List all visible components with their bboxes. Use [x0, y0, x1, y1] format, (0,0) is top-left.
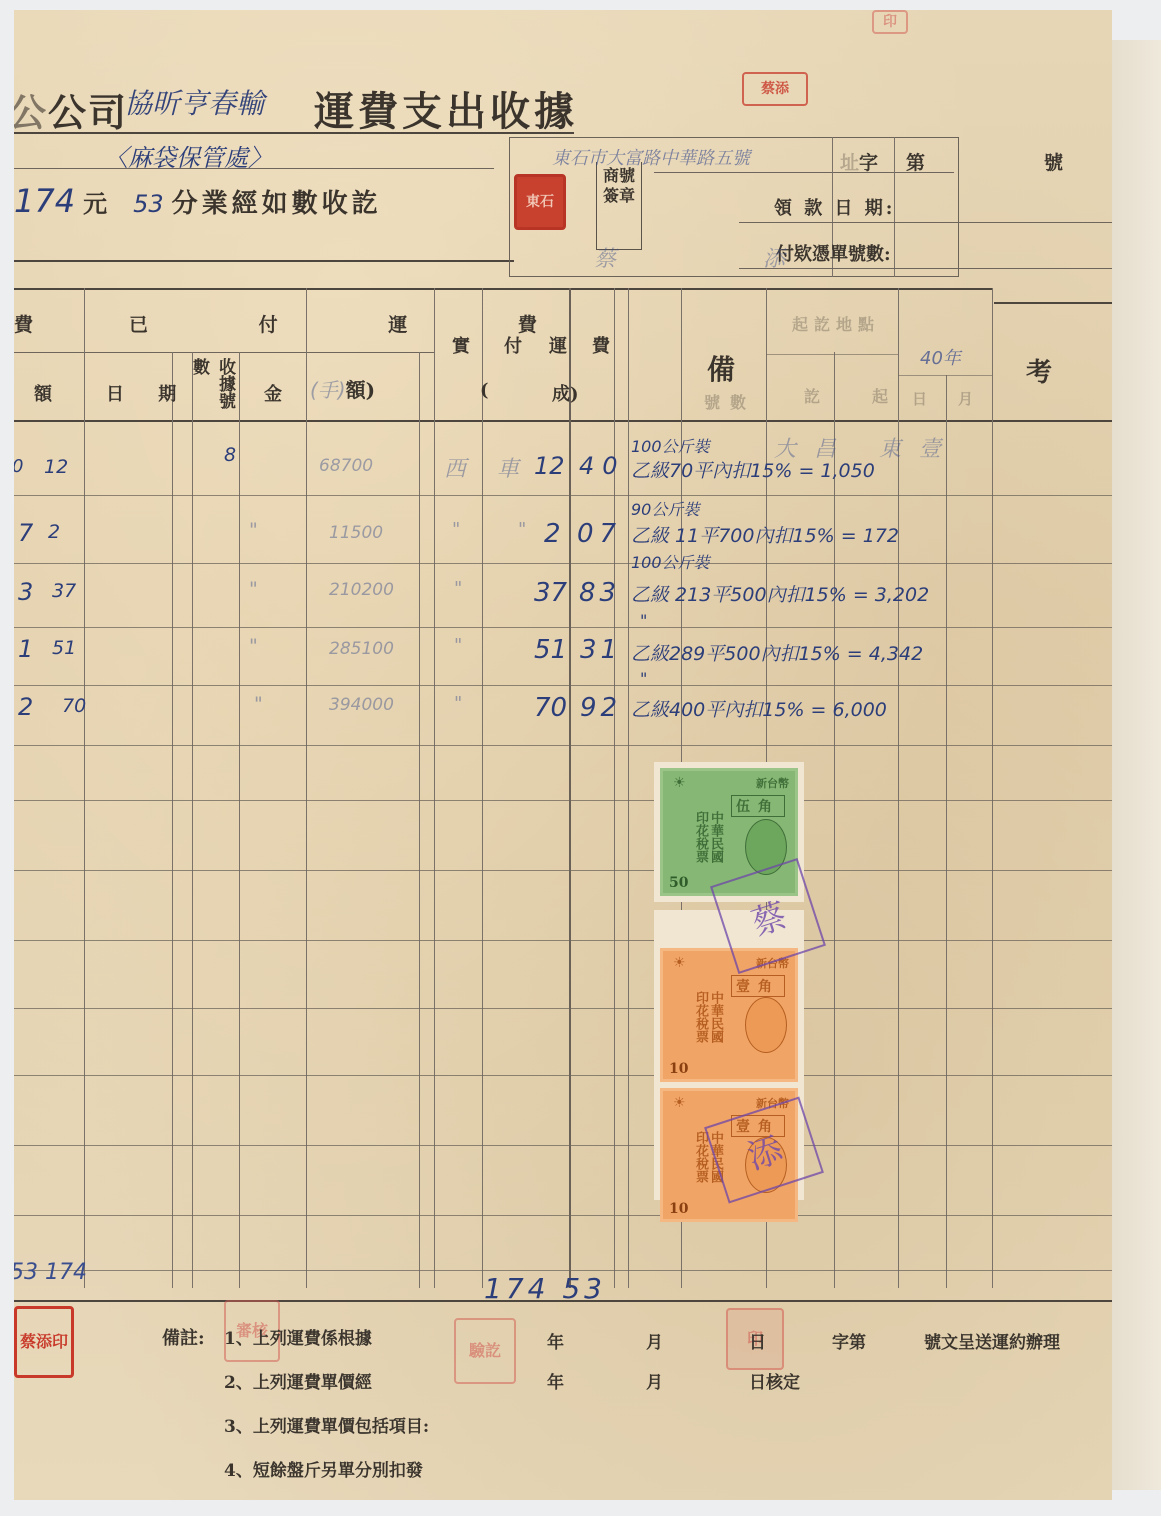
col-line — [434, 288, 435, 1288]
col-line — [482, 288, 483, 1288]
amount-received-line: 174 元 53 分業經如數收訖 — [14, 182, 382, 220]
header-day: 日 — [912, 388, 927, 409]
header-remarks: 備 — [707, 348, 735, 388]
rule — [739, 222, 1112, 223]
header-cheng: 成) — [552, 380, 579, 406]
header-year-handwritten: 40年 — [920, 344, 961, 370]
title-handwritten-company: 協昕亨春輸 — [124, 82, 264, 122]
header-remarks-sub: 號數 — [704, 390, 756, 413]
footer-year-2: 年 — [547, 1368, 564, 1393]
title-right-printed: 運費支出收據 — [314, 80, 578, 137]
footer-day-1: 日 — [749, 1328, 766, 1353]
title-underline — [14, 132, 574, 134]
stamp-value-number: 10 — [669, 1201, 688, 1217]
row-rule — [14, 1075, 1112, 1076]
table-row: 0 12 8 68700 西 車 12 40 100公斤裝 乙級70平內扣15%… — [14, 448, 1014, 508]
footer-month-2: 月 — [646, 1368, 663, 1393]
amount-yuan: 174 — [14, 182, 75, 220]
table-row: 7 2 " 11500 " " 2 07 90公斤裝 乙級 11平700內扣15… — [14, 515, 1014, 575]
header-amount-partial: 額 — [34, 380, 52, 406]
col-line — [628, 288, 629, 1288]
col-line — [946, 375, 947, 1288]
stamp-issuer: 中華民國印花稅票 — [691, 811, 723, 871]
remark-note-4: 4、短餘盤斤另單分別扣發 — [224, 1456, 423, 1481]
table-top-border-right — [994, 302, 1112, 304]
seal-top-center: 蔡添 — [742, 72, 808, 106]
sun-emblem-icon: ☀ — [673, 1095, 686, 1111]
header-amount: 金 — [264, 380, 282, 406]
footer-approval: 號文呈送運約辦理 — [924, 1328, 1060, 1353]
rule — [898, 375, 992, 376]
seal-top-right: 印 — [872, 10, 908, 34]
footer-verified: 日核定 — [749, 1368, 800, 1393]
number-prefix: 第 — [906, 148, 925, 175]
sun-emblem-icon: ☀ — [673, 775, 686, 791]
yuan-label: 元 — [83, 184, 107, 219]
header-receipt-number: 收據號數 — [176, 358, 238, 418]
remarks-label: 備註: — [162, 1324, 205, 1350]
handwritten-signature: 蔡 添 — [594, 242, 855, 273]
table-row: 3 37 " 210200 " 37 83 100公斤裝 乙級 213平500內… — [14, 578, 1014, 638]
stamp-value-number: 50 — [669, 875, 688, 891]
mounting-board — [1105, 40, 1161, 1490]
sun-emblem-icon: ☀ — [673, 955, 686, 971]
header-route-to: 訖 — [804, 384, 820, 407]
header-route: 起訖地點 — [792, 312, 880, 335]
header-bottom-rule — [14, 420, 1112, 422]
header-route-from: 起 — [872, 384, 888, 407]
seal-footer-left: 蔡添印 — [14, 1306, 74, 1378]
row-rule — [14, 1270, 1112, 1271]
title-left-printed: 公公司 — [14, 82, 128, 137]
stamp-value-number: 10 — [669, 1061, 688, 1077]
header-notes: 考 — [1026, 352, 1052, 389]
receipt-document: 印 蔡添 公公司 協昕亨春輸 運費支出收據 〈麻袋保管處〉 174 元 53 分… — [14, 10, 1112, 1500]
rule — [14, 260, 514, 262]
remark-note-1: 1、上列運費係根據 — [224, 1324, 372, 1349]
address-handwritten: 東石巿大富路中華路五號 — [552, 144, 750, 170]
stamp-country: 新台幣 — [756, 775, 789, 791]
revenue-stamp-10: 新台幣 ☀ 壹角 中華民國印花稅票 10 — [660, 948, 798, 1082]
footer-year-1: 年 — [547, 1328, 564, 1353]
col-line — [992, 288, 993, 1288]
address-label: 址字 — [840, 148, 878, 175]
header-mid-rule — [14, 352, 434, 353]
remark-note-2: 2、上列運費單價經 — [224, 1368, 372, 1393]
footer-word-number: 字第 — [832, 1328, 866, 1353]
header-actual: 實 — [452, 332, 470, 358]
col-line — [569, 288, 571, 1288]
header-paren-open: ( — [480, 380, 489, 401]
seal-footer-mid2: 驗訖 — [454, 1318, 516, 1384]
header-freight: 運 — [549, 332, 567, 358]
header-fee: 費 — [592, 332, 610, 358]
table-row: 2 70 " 394000 " 70 92 " 乙級400平內扣15% = 6,… — [14, 693, 1014, 753]
header-paid: 付 — [504, 332, 522, 358]
stamp-value-text: 壹角 — [731, 975, 785, 997]
received-label: 分業經如數收訖 — [172, 183, 382, 220]
header-fee-partial: 費 — [14, 310, 33, 337]
portrait-icon — [745, 997, 787, 1053]
header-month: 月 — [958, 388, 973, 409]
table-bottom-border — [14, 1300, 1112, 1302]
table-top-border — [14, 288, 992, 290]
row-rule — [14, 1008, 1112, 1009]
merchant-seal-label: 商號簽章 — [602, 166, 636, 206]
row-rule — [14, 870, 1112, 871]
rule — [14, 168, 494, 169]
total-left-handwritten: 53 174 — [14, 1260, 87, 1285]
row-rule — [14, 800, 1112, 801]
col-line — [84, 288, 85, 1288]
row-rule — [14, 940, 1112, 941]
col-line — [614, 288, 615, 1288]
footer-month-1: 月 — [646, 1328, 663, 1353]
rule — [766, 354, 898, 355]
remark-note-3: 3、上列運費單價包括項目: — [224, 1412, 429, 1437]
col-line — [306, 288, 307, 1288]
header-amount-unit: (手)額) — [310, 374, 375, 403]
number-suffix: 號 — [1044, 148, 1063, 175]
seal-merchant: 東石 — [514, 174, 566, 230]
row-rule — [14, 1215, 1112, 1216]
stamp-issuer: 中華民國印花稅票 — [691, 991, 723, 1051]
amount-fen: 53 — [133, 190, 164, 218]
stamp-value-text: 伍角 — [731, 795, 785, 817]
receipt-date-label: 領 款 日 期: — [774, 194, 895, 220]
table-row: 1 51 " 285100 " 51 31 " 乙級289平500內扣15% =… — [14, 635, 1014, 695]
row-rule — [14, 1145, 1112, 1146]
